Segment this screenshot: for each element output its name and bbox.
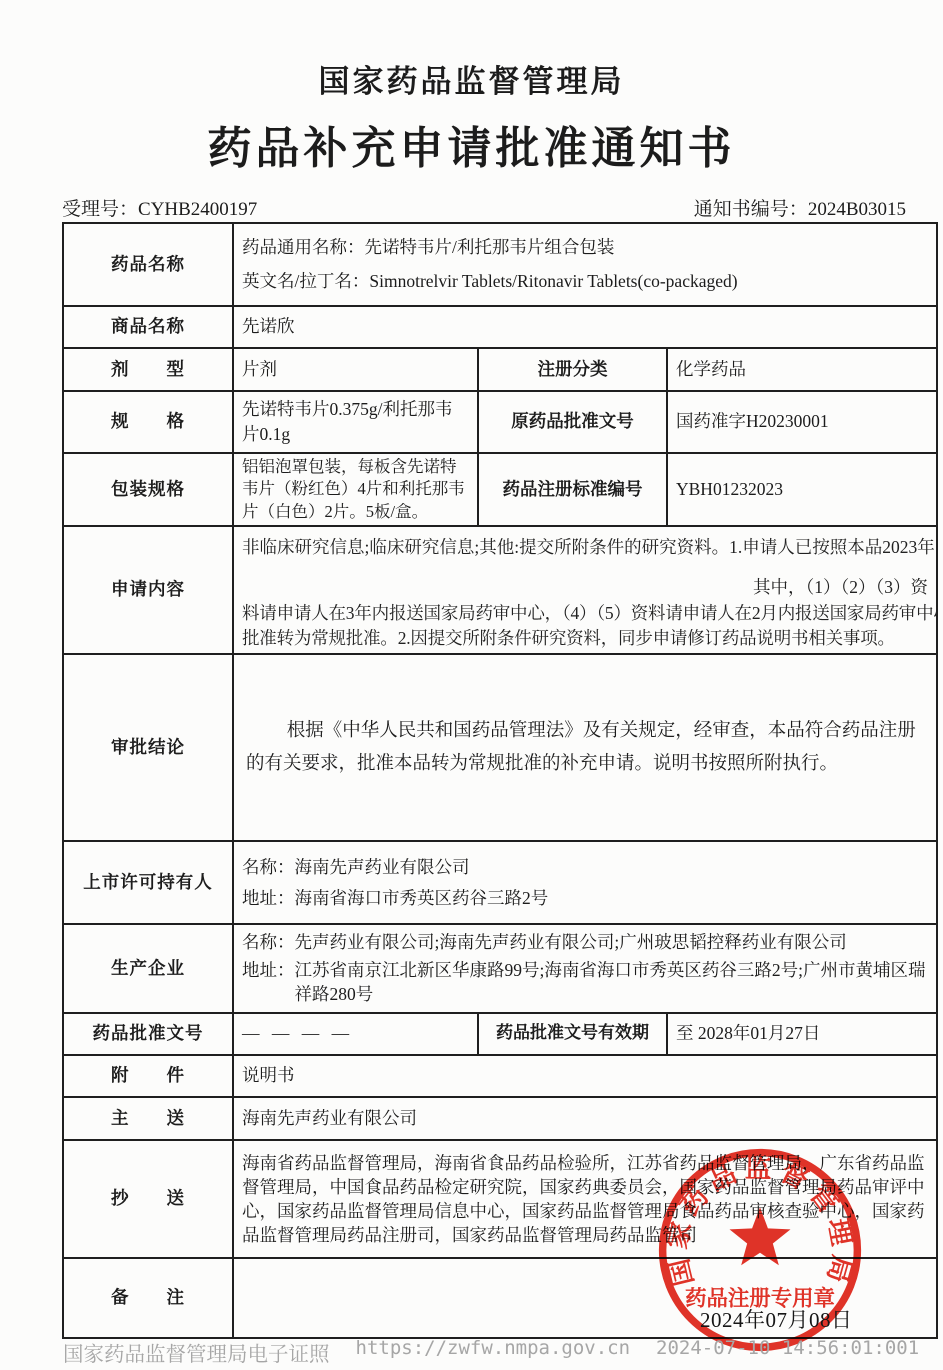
- registration-class-label: 注册分类: [478, 348, 667, 391]
- generic-name-line: 药品通用名称：先诺特韦片/利托那韦片组合包装: [242, 231, 928, 264]
- approval-table: 药品名称 药品通用名称：先诺特韦片/利托那韦片组合包装 英文名/拉丁名：Simn…: [62, 222, 938, 1339]
- row-label: 药品批准文号: [63, 1013, 233, 1055]
- copy-send-value: 海南省药品监督管理局，海南省食品药品检验所，江苏省药品监督管理局，广东省药品监督…: [233, 1140, 937, 1258]
- manufacturer-addr-label: 地址：: [242, 958, 295, 1007]
- row-label: 包装规格: [63, 453, 233, 526]
- application-line-2: 其中，（1）（2）（3）资: [242, 575, 928, 600]
- manufacturer-cell: 名称：先声药业有限公司;海南先声药业有限公司;广州玻思韬控释药业有限公司 地址：…: [233, 924, 937, 1013]
- holder-addr-label: 地址：: [242, 884, 295, 912]
- agency-name: 国家药品监督管理局: [0, 56, 943, 101]
- original-approval-no-value: 国药准字H20230001: [667, 391, 937, 453]
- table-row-pack-spec: 包装规格 铝铝泡罩包装，每板含先诺特韦片（粉红色）4片和利托那韦片（白色）2片。…: [63, 453, 937, 526]
- holder-cell: 名称：海南先声药业有限公司 地址：海南省海口市秀英区药谷三路2号: [233, 841, 937, 924]
- row-label: 备 注: [63, 1258, 233, 1338]
- main-send-value: 海南先声药业有限公司: [233, 1097, 937, 1140]
- english-name-value: Simnotrelvir Tablets/Ritonavir Tablets(c…: [369, 271, 737, 291]
- registration-standard-no-value: YBH01232023: [667, 453, 937, 526]
- holder-addr-line: 地址：海南省海口市秀英区药谷三路2号: [242, 884, 928, 912]
- attachment-value: 说明书: [233, 1055, 937, 1097]
- pack-spec-value: 铝铝泡罩包装，每板含先诺特韦片（粉红色）4片和利托那韦片（白色）2片。5板/盒。: [233, 453, 478, 526]
- manufacturer-name-line: 名称：先声药业有限公司;海南先声药业有限公司;广州玻思韬控释药业有限公司: [242, 930, 928, 955]
- footer-certificate-line: 国家药品监督管理局电子证照 https://zwfw.nmpa.gov.cn 2…: [63, 1337, 893, 1367]
- row-label: 审批结论: [63, 654, 233, 841]
- row-label: 申请内容: [63, 526, 233, 655]
- row-label: 药品名称: [63, 223, 233, 306]
- generic-name-value: 先诺特韦片/利托那韦片组合包装: [365, 237, 615, 257]
- manufacturer-name-label: 名称：: [242, 930, 295, 955]
- table-row-main-send: 主 送 海南先声药业有限公司: [63, 1097, 937, 1140]
- table-row-approval-no: 药品批准文号 — — — — 药品批准文号有效期 至 2028年01月27日: [63, 1013, 937, 1055]
- footer-timestamp: 2024-07-10 14:56:01:001: [656, 1337, 919, 1367]
- approval-no-validity-value: 至 2028年01月27日: [667, 1013, 937, 1055]
- holder-name-label: 名称：: [242, 853, 295, 881]
- manufacturer-name-value: 先声药业有限公司;海南先声药业有限公司;广州玻思韬控释药业有限公司: [295, 930, 929, 955]
- application-line-1: 非临床研究信息;临床研究信息;其他:提交所附条件的研究资料。1.申请人已按照本品…: [242, 535, 928, 560]
- acceptance-number: 受理号：CYHB2400197: [62, 194, 257, 221]
- row-label: 商品名称: [63, 306, 233, 348]
- table-row-application: 申请内容 非临床研究信息;临床研究信息;其他:提交所附条件的研究资料。1.申请人…: [63, 526, 937, 655]
- notice-value: 2024B03015: [808, 199, 906, 220]
- footer-label: 国家药品监督管理局电子证照: [63, 1337, 330, 1367]
- english-name-label: 英文名/拉丁名：: [242, 271, 369, 291]
- trade-name-value: 先诺欣: [233, 306, 937, 348]
- approval-no-value: — — — —: [233, 1013, 478, 1055]
- page-title: 药品补充申请批准通知书: [0, 112, 943, 176]
- row-label: 抄 送: [63, 1140, 233, 1258]
- application-line-3: 料请申请人在3年内报送国家局药审中心，（4）（5）资料请申请人在2月内报送国家局…: [242, 601, 928, 626]
- spec-value: 先诺特韦片0.375g/利托那韦片0.1g: [233, 391, 478, 453]
- table-row-holder: 上市许可持有人 名称：海南先声药业有限公司 地址：海南省海口市秀英区药谷三路2号: [63, 841, 937, 924]
- conclusion-text: 根据《中华人民共和国药品管理法》及有关规定，经审查，本品符合药品注册的有关要求，…: [242, 715, 928, 780]
- manufacturer-addr-line: 地址：江苏省南京江北新区华康路99号;海南省海口市秀英区药谷三路2号;广州市黄埔…: [242, 958, 928, 1007]
- row-label: 主 送: [63, 1097, 233, 1140]
- table-row-copy-send: 抄 送 海南省药品监督管理局，海南省食品药品检验所，江苏省药品监督管理局，广东省…: [63, 1140, 937, 1258]
- table-row-manufacturer: 生产企业 名称：先声药业有限公司;海南先声药业有限公司;广州玻思韬控释药业有限公…: [63, 924, 937, 1013]
- row-label: 附 件: [63, 1055, 233, 1097]
- registration-standard-no-label: 药品注册标准编号: [478, 453, 667, 526]
- document-page: 国家药品监督管理局 药品补充申请批准通知书 受理号：CYHB2400197 通知…: [0, 0, 943, 1370]
- table-row-spec: 规 格 先诺特韦片0.375g/利托那韦片0.1g 原药品批准文号 国药准字H2…: [63, 391, 937, 453]
- approval-no-validity-label: 药品批准文号有效期: [478, 1013, 667, 1055]
- holder-addr-value: 海南省海口市秀英区药谷三路2号: [295, 884, 929, 912]
- registration-class-value: 化学药品: [667, 348, 937, 391]
- row-label: 规 格: [63, 391, 233, 453]
- holder-name-line: 名称：海南先声药业有限公司: [242, 853, 928, 881]
- conclusion-cell: 根据《中华人民共和国药品管理法》及有关规定，经审查，本品符合药品注册的有关要求，…: [233, 654, 937, 841]
- application-content-cell: 非临床研究信息;临床研究信息;其他:提交所附条件的研究资料。1.申请人已按照本品…: [233, 526, 937, 655]
- row-label: 上市许可持有人: [63, 841, 233, 924]
- seal-date: 2024年07月08日: [700, 1304, 853, 1334]
- table-row-attachment: 附 件 说明书: [63, 1055, 937, 1097]
- original-approval-no-label: 原药品批准文号: [478, 391, 667, 453]
- notice-number: 通知书编号：2024B03015: [694, 194, 906, 221]
- notice-label: 通知书编号：: [694, 199, 808, 220]
- dosage-form-value: 片剂: [233, 348, 478, 391]
- manufacturer-addr-value: 江苏省南京江北新区华康路99号;海南省海口市秀英区药谷三路2号;广州市黄埔区瑞祥…: [295, 958, 929, 1007]
- row-label: 剂 型: [63, 348, 233, 391]
- acceptance-label: 受理号：: [62, 199, 138, 220]
- holder-name-value: 海南先声药业有限公司: [295, 853, 929, 881]
- drug-name-cell: 药品通用名称：先诺特韦片/利托那韦片组合包装 英文名/拉丁名：Simnotrel…: [233, 223, 937, 306]
- row-label: 生产企业: [63, 924, 233, 1013]
- english-name-line: 英文名/拉丁名：Simnotrelvir Tablets/Ritonavir T…: [242, 265, 928, 298]
- reference-line: 受理号：CYHB2400197 通知书编号：2024B03015: [62, 194, 906, 221]
- generic-name-label: 药品通用名称：: [242, 237, 365, 257]
- table-row-dosage-form: 剂 型 片剂 注册分类 化学药品: [63, 348, 937, 391]
- footer-url: https://zwfw.nmpa.gov.cn: [356, 1337, 631, 1367]
- application-line-4: 批准转为常规批准。2.因提交所附条件研究资料，同步申请修订药品说明书相关事项。: [242, 626, 928, 651]
- table-row-trade-name: 商品名称 先诺欣: [63, 306, 937, 348]
- table-row-conclusion: 审批结论 根据《中华人民共和国药品管理法》及有关规定，经审查，本品符合药品注册的…: [63, 654, 937, 841]
- acceptance-value: CYHB2400197: [138, 199, 257, 220]
- table-row-drug-name: 药品名称 药品通用名称：先诺特韦片/利托那韦片组合包装 英文名/拉丁名：Simn…: [63, 223, 937, 306]
